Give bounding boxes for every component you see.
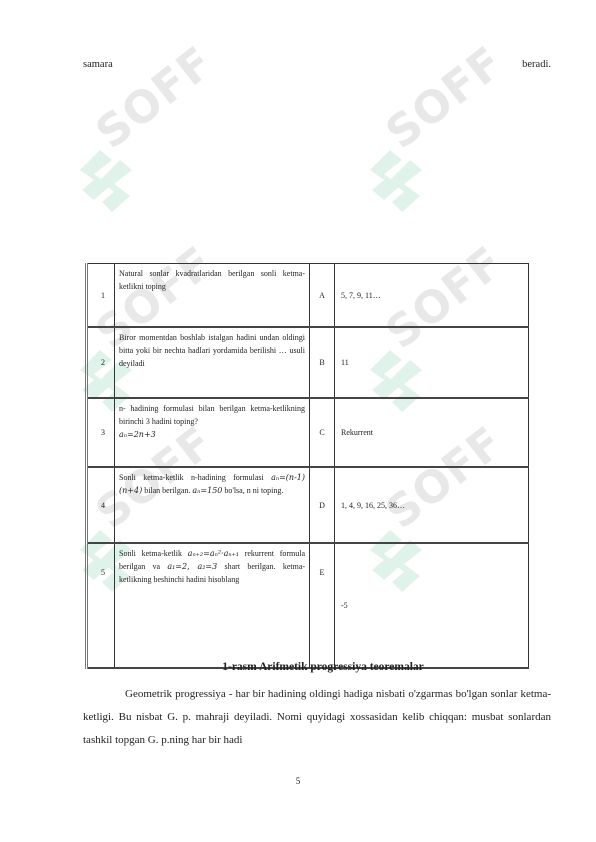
row-number: 1 [87,264,115,328]
watermark: SOFF [370,90,540,230]
answer-letter: C [310,398,335,467]
watermark: SOFF [80,90,250,230]
row-number: 2 [87,327,115,398]
table-row: 4 Sonli ketma-ketlik n-hadining formulas… [87,467,529,543]
table-row: 1 Natural sonlar kvadratlaridan berilgan… [87,264,529,328]
question-text: Natural sonlar kvadratlaridan berilgan s… [115,264,310,328]
answer-letter: D [310,467,335,543]
table-row: 5 Sonli ketma-ketlik aₙ₊₂=aₙ²·aₙ₊₁ rekur… [87,543,529,668]
question-text: Biror momentdan boshlab istalgan hadini … [115,327,310,398]
watermark-text: SOFF [377,37,513,159]
soff-logo-icon [370,150,425,215]
answer-text: Rekurrent [335,398,529,467]
top-line-left-word: samara [83,59,113,70]
answer-letter: E [310,543,335,668]
question-part: bo'lsa, n ni toping. [224,486,283,495]
soff-logo-icon [80,150,135,215]
document-page: samara beradi. SOFF SOFF SOFF SOFF [0,0,596,842]
question-body: n- hadining formulasi bilan berilgan ket… [119,404,305,426]
questions-table: 1 Natural sonlar kvadratlaridan berilgan… [85,263,529,669]
question-text: Sonli ketma-ketlik n-hadining formulasi … [115,467,310,543]
formula: aₙ₊₂=aₙ²·aₙ₊₁ [188,549,239,558]
row-number: 3 [87,398,115,467]
question-part: Sonli ketma-ketlik [119,549,182,558]
answer-text: -5 [335,543,529,668]
table-row: 2 Biror momentdan boshlab istalgan hadin… [87,327,529,398]
formula: a₁=2, a₂=3 [167,562,217,571]
question-part: bilan berilgan. [144,486,190,495]
watermark-text: SOFF [87,37,223,159]
row-number: 4 [87,467,115,543]
figure-caption: 1-rasm Arifmetik progressiya teoremalar [0,661,596,673]
body-paragraph: Geometrik progressiya - har bir hadining… [83,683,551,752]
row-number: 5 [87,543,115,668]
answer-text: 1, 4, 9, 16, 25, 36… [335,467,529,543]
table-row: 3 n- hadining formulasi bilan berilgan k… [87,398,529,467]
page-number: 5 [0,776,596,786]
formula: aₙ=150 [192,486,222,495]
top-line-right-word: beradi. [522,59,551,70]
question-part: Sonli ketma-ketlik n-hadining formulasi [119,473,264,482]
answer-letter: B [310,327,335,398]
question-text: n- hadining formulasi bilan berilgan ket… [115,398,310,467]
answer-text: 11 [335,327,529,398]
question-text: Sonli ketma-ketlik aₙ₊₂=aₙ²·aₙ₊₁ rekurre… [115,543,310,668]
answer-letter: A [310,264,335,328]
formula: aₙ=2n+3 [119,430,156,439]
answer-text: 5, 7, 9, 11… [335,264,529,328]
